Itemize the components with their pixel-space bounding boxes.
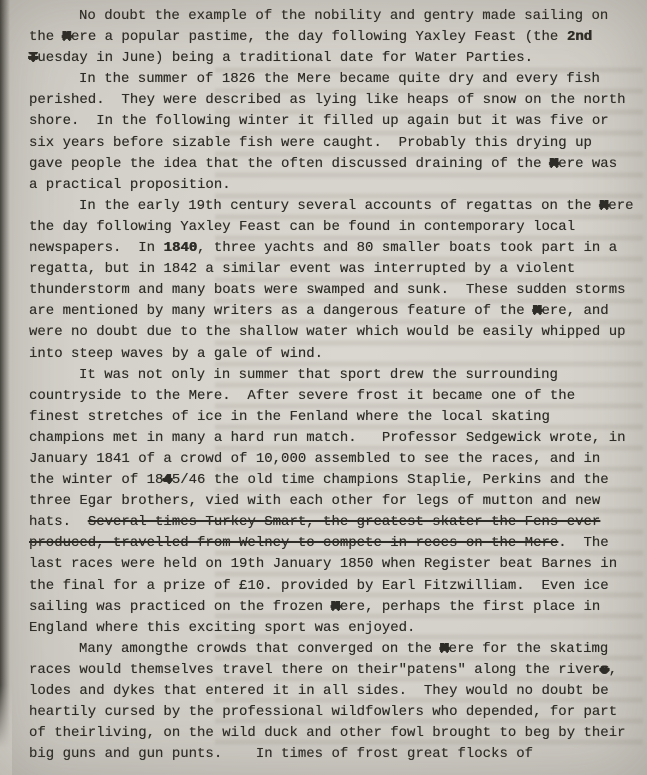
page-number: - 7 - xyxy=(287,0,359,4)
text-run: Many amongthe crowds that converged on t… xyxy=(79,641,440,657)
text-run: uesday in June) being a traditional date… xyxy=(37,50,533,66)
overtyped-text: 2nd xyxy=(567,29,592,45)
overstruck-char: M xyxy=(63,29,71,45)
overstruck-char: 4 xyxy=(163,472,171,488)
text-run: In the summer of 1826 the Mere became qu… xyxy=(29,71,626,171)
paragraph-4: It was not only in summer that sport dre… xyxy=(29,365,643,639)
paragraph-3: In the early 19th century several accoun… xyxy=(29,196,643,365)
text-run: ere a popular pastime, the day following… xyxy=(71,29,567,45)
paragraph-1: No doubt the example of the nobility and… xyxy=(29,6,643,69)
paragraph-5: Many amongthe crowds that converged on t… xyxy=(29,639,643,766)
text-run: It was not only in summer that sport dre… xyxy=(29,367,626,488)
overstruck-char: M xyxy=(331,599,339,615)
paragraph-2: In the summer of 1826 the Mere became qu… xyxy=(29,69,643,196)
page-edge-fade xyxy=(0,685,12,775)
overstruck-char: s xyxy=(600,662,608,678)
text-run: In the early 19th century several accoun… xyxy=(79,198,600,214)
struck-out-text: Several times Turkey Smart, the greatest… xyxy=(29,514,600,551)
page-edge-shadow xyxy=(0,0,10,775)
overstruck-char: M xyxy=(440,641,448,657)
document-body: No doubt the example of the nobility and… xyxy=(29,6,643,765)
overtyped-text: 1840 xyxy=(163,240,197,256)
overstruck-char: M xyxy=(533,303,541,319)
